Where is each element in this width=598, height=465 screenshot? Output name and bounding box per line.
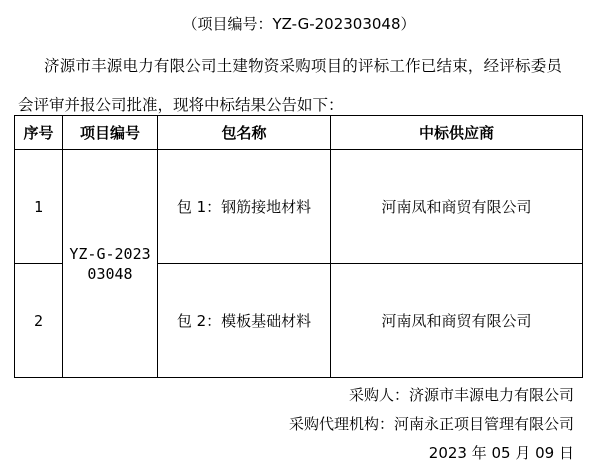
header-project-number: 项目编号 (63, 116, 158, 150)
table-row: 1 YZ-G-2023 03048 包 1：钢筋接地材料 河南凤和商贸有限公司 (15, 150, 583, 264)
project-number-line-1: YZ-G-2023 (63, 244, 157, 264)
header-index: 序号 (15, 116, 63, 150)
intro-paragraph-line-1: 济源市丰源电力有限公司土建物资采购项目的评标工作已结束，经评标委员 (44, 54, 562, 76)
project-number-heading: （项目编号：YZ-G-202303048） (0, 13, 598, 34)
winning-supplier: 河南凤和商贸有限公司 (331, 264, 583, 378)
header-winning-supplier: 中标供应商 (331, 116, 583, 150)
header-package-name: 包名称 (158, 116, 331, 150)
project-number-cell: YZ-G-2023 03048 (63, 150, 158, 378)
intro-paragraph-line-2: 会评审并报公司批准，现将中标结果公告如下： (18, 93, 344, 115)
row-index: 1 (15, 150, 63, 264)
award-result-table: 序号 项目编号 包名称 中标供应商 1 YZ-G-2023 03048 包 1：… (14, 115, 583, 378)
project-number-line-2: 03048 (63, 264, 157, 284)
announcement-date: 2023 年 05 月 09 日 (429, 442, 574, 463)
row-index: 2 (15, 264, 63, 378)
package-name: 包 2：模板基础材料 (158, 264, 331, 378)
procurement-agency-line: 采购代理机构：河南永正项目管理有限公司 (289, 413, 574, 434)
package-name: 包 1：钢筋接地材料 (158, 150, 331, 264)
table-header-row: 序号 项目编号 包名称 中标供应商 (15, 116, 583, 150)
purchaser-line: 采购人：济源市丰源电力有限公司 (349, 384, 574, 405)
winning-supplier: 河南凤和商贸有限公司 (331, 150, 583, 264)
